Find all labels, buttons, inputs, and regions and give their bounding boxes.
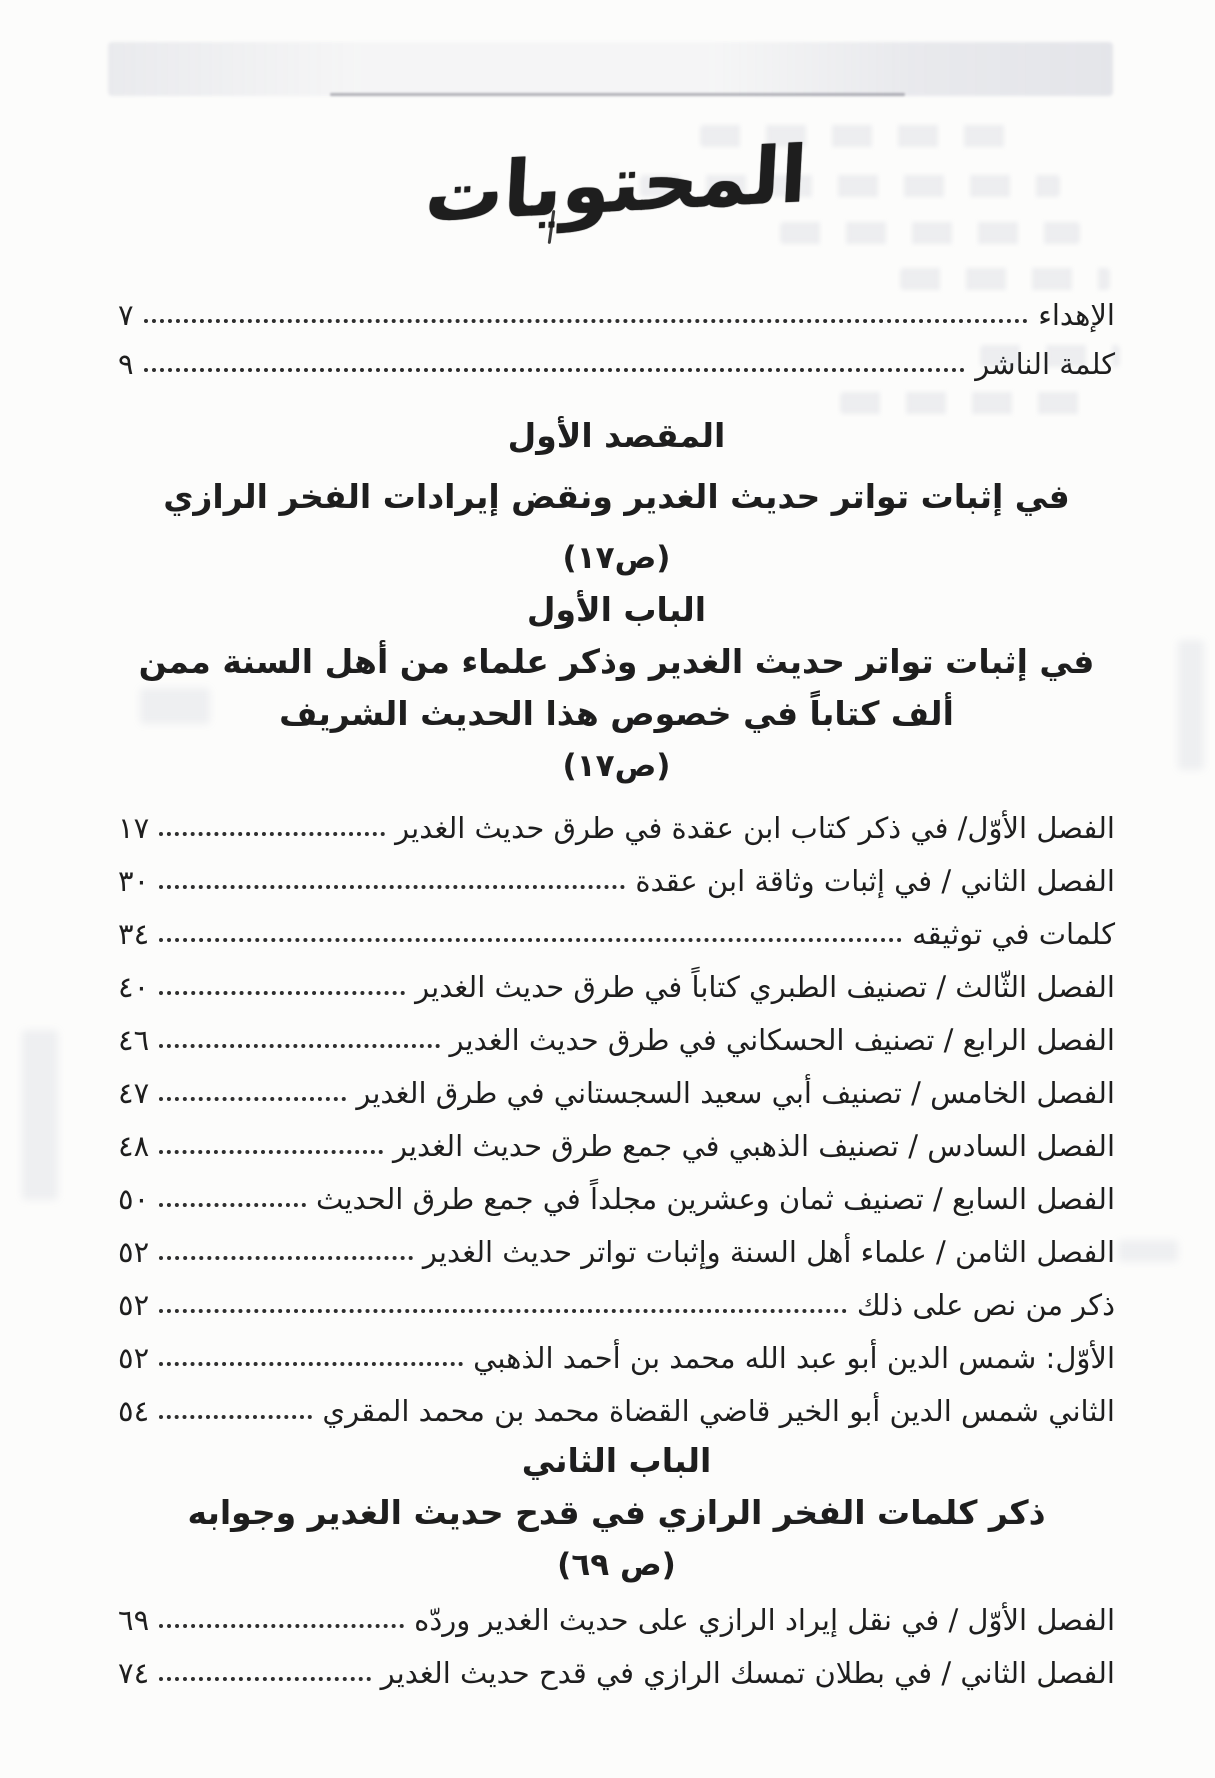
toc-entry-row: الفصل الرابع / تصنيف الحسكاني في طرق حدي… [118,1011,1115,1064]
toc-entry-row: الفصل السابع / تصنيف ثمان وعشرين مجلداً … [118,1170,1115,1223]
front-matter-list: الإهداء ٧ كلمة الناشر ٩ [118,290,1115,388]
toc-entry-page-number: ٩ [118,347,134,388]
chapter1-subtitle-line2: ألف كتاباً في خصوص هذا الحديث الشريف [118,688,1115,740]
toc-entry-page-number: ٥٢ [118,1341,149,1382]
toc-entry-label: الثاني شمس الدين أبو الخير قاضي القضاة م… [322,1394,1115,1435]
toc-entry-label: الفصل الثاني / في بطلان تمسك الرازي في ق… [381,1656,1115,1697]
toc-entry-row: الفصل السادس / تصنيف الذهبي في جمع طرق ح… [118,1117,1115,1170]
toc-entry-page-number: ٤٦ [118,1023,149,1064]
toc-entry-page-number: ١٧ [118,811,149,852]
toc-entry-page-number: ٥٢ [118,1235,149,1276]
chapter2-heading: الباب الثاني [118,1435,1115,1487]
toc-entry-label: الفصل الرابع / تصنيف الحسكاني في طرق حدي… [450,1023,1115,1064]
toc-entry-page-number: ٥٢ [118,1288,149,1329]
toc-entry-row: الفصل الأوّل/ في ذكر كتاب ابن عقدة في طر… [118,799,1115,852]
chapter1-heading: الباب الأول [118,584,1115,636]
bleedthrough-header-band [108,42,1113,96]
toc-entry-page-number: ٤٠ [118,970,149,1011]
toc-entry-label: الإهداء [1038,298,1115,339]
chapter2-entries-list: الفصل الأوّل / في نقل إيراد الرازي على ح… [118,1591,1115,1697]
toc-entry-row: كلمات في توثيقه ٣٤ [118,905,1115,958]
page-edge-shadow [22,1030,58,1200]
toc-dot-leader [159,1677,370,1681]
toc-entry-label: الفصل الخامس / تصنيف أبي سعيد السجستاني … [356,1076,1115,1117]
toc-entry-row: الأوّل: شمس الدين أبو عبد الله محمد بن أ… [118,1329,1115,1382]
toc-entry-page-number: ٤٨ [118,1129,149,1170]
toc-dot-leader [159,1362,463,1366]
toc-dot-leader [159,1415,312,1419]
toc-entry-label: الفصل الثاني / في إثبات وثاقة ابن عقدة [635,864,1115,905]
part1-page-ref: (ص١٧) [118,532,1115,584]
part1-heading: المقصد الأول [118,410,1115,462]
toc-entry-page-number: ٥٤ [118,1394,149,1435]
toc-entry-label: الفصل الأوّل/ في ذكر كتاب ابن عقدة في طر… [395,811,1115,852]
toc-entry-label: ذكر من نص على ذلك [857,1288,1115,1329]
toc-entry-row: الفصل الثامن / علماء أهل السنة وإثبات تو… [118,1223,1115,1276]
chapter2-subtitle-line1: ذكر كلمات الفخر الرازي في قدح حديث الغدي… [118,1487,1115,1539]
toc-entry-label: الأوّل: شمس الدين أبو عبد الله محمد بن أ… [473,1341,1115,1382]
toc-dot-leader [159,1044,439,1048]
toc-dot-leader [159,885,625,889]
toc-entry-page-number: ٦٩ [118,1603,149,1644]
toc-dot-leader [159,832,385,836]
toc-entry-row: الفصل الخامس / تصنيف أبي سعيد السجستاني … [118,1064,1115,1117]
toc-entry-row: الإهداء ٧ [118,290,1115,339]
toc-entry-page-number: ٧٤ [118,1656,149,1697]
toc-dot-leader [159,991,405,995]
toc-dot-leader [144,368,966,372]
toc-entry-label: الفصل الثّالث / تصنيف الطبري كتاباً في ط… [415,970,1115,1011]
toc-entry-page-number: ٣٤ [118,917,149,958]
toc-entry-label: الفصل السابع / تصنيف ثمان وعشرين مجلداً … [316,1182,1115,1223]
toc-dot-leader [159,1256,413,1260]
toc-entry-label: الفصل الثامن / علماء أهل السنة وإثبات تو… [423,1235,1115,1276]
chapter2-page-ref: (ص ٦٩) [118,1539,1115,1591]
toc-entry-row: الفصل الثّالث / تصنيف الطبري كتاباً في ط… [118,958,1115,1011]
toc-entry-row: الفصل الثاني / في بطلان تمسك الرازي في ق… [118,1644,1115,1697]
toc-entry-row: ذكر من نص على ذلك ٥٢ [118,1276,1115,1329]
chapter1-subtitle-line1: في إثبات تواتر حديث الغدير وذكر علماء من… [118,636,1115,688]
scanned-toc-page: المحتويات الإهداء ٧ كلمة الناشر ٩ المقصد… [0,0,1215,1778]
part1-subtitle: في إثبات تواتر حديث الغدير ونقض إيرادات … [118,471,1115,523]
toc-dot-leader [144,319,1029,323]
contents-title-block: المحتويات [118,140,1115,290]
bleedthrough-header-rule [330,93,905,96]
toc-entry-page-number: ٤٧ [118,1076,149,1117]
toc-entry-row: الفصل الثاني / في إثبات وثاقة ابن عقدة ٣… [118,852,1115,905]
toc-dot-leader [159,1097,346,1101]
toc-dot-leader [159,1203,306,1207]
toc-dot-leader [159,938,902,942]
contents-title-calligraphy: المحتويات [423,130,809,240]
page-edge-shadow [1178,640,1204,770]
toc-entry-row: الثاني شمس الدين أبو الخير قاضي القضاة م… [118,1382,1115,1435]
toc-entry-label: الفصل السادس / تصنيف الذهبي في جمع طرق ح… [393,1129,1115,1170]
toc-dot-leader [159,1150,383,1154]
toc-dot-leader [159,1624,404,1628]
toc-dot-leader [159,1309,847,1313]
toc-entry-page-number: ٥٠ [118,1182,149,1223]
chapter1-entries-list: الفصل الأوّل/ في ذكر كتاب ابن عقدة في طر… [118,799,1115,1435]
toc-entry-row: كلمة الناشر ٩ [118,339,1115,388]
toc-entry-label: كلمات في توثيقه [912,917,1115,958]
toc-entry-label: الفصل الأوّل / في نقل إيراد الرازي على ح… [414,1603,1115,1644]
toc-entry-row: الفصل الأوّل / في نقل إيراد الرازي على ح… [118,1591,1115,1644]
toc-entry-page-number: ٣٠ [118,864,149,905]
toc-entry-page-number: ٧ [118,298,134,339]
bleedthrough-spot [1118,1240,1178,1262]
toc-entry-label: كلمة الناشر [975,347,1115,388]
chapter1-page-ref: (ص١٧) [118,740,1115,792]
